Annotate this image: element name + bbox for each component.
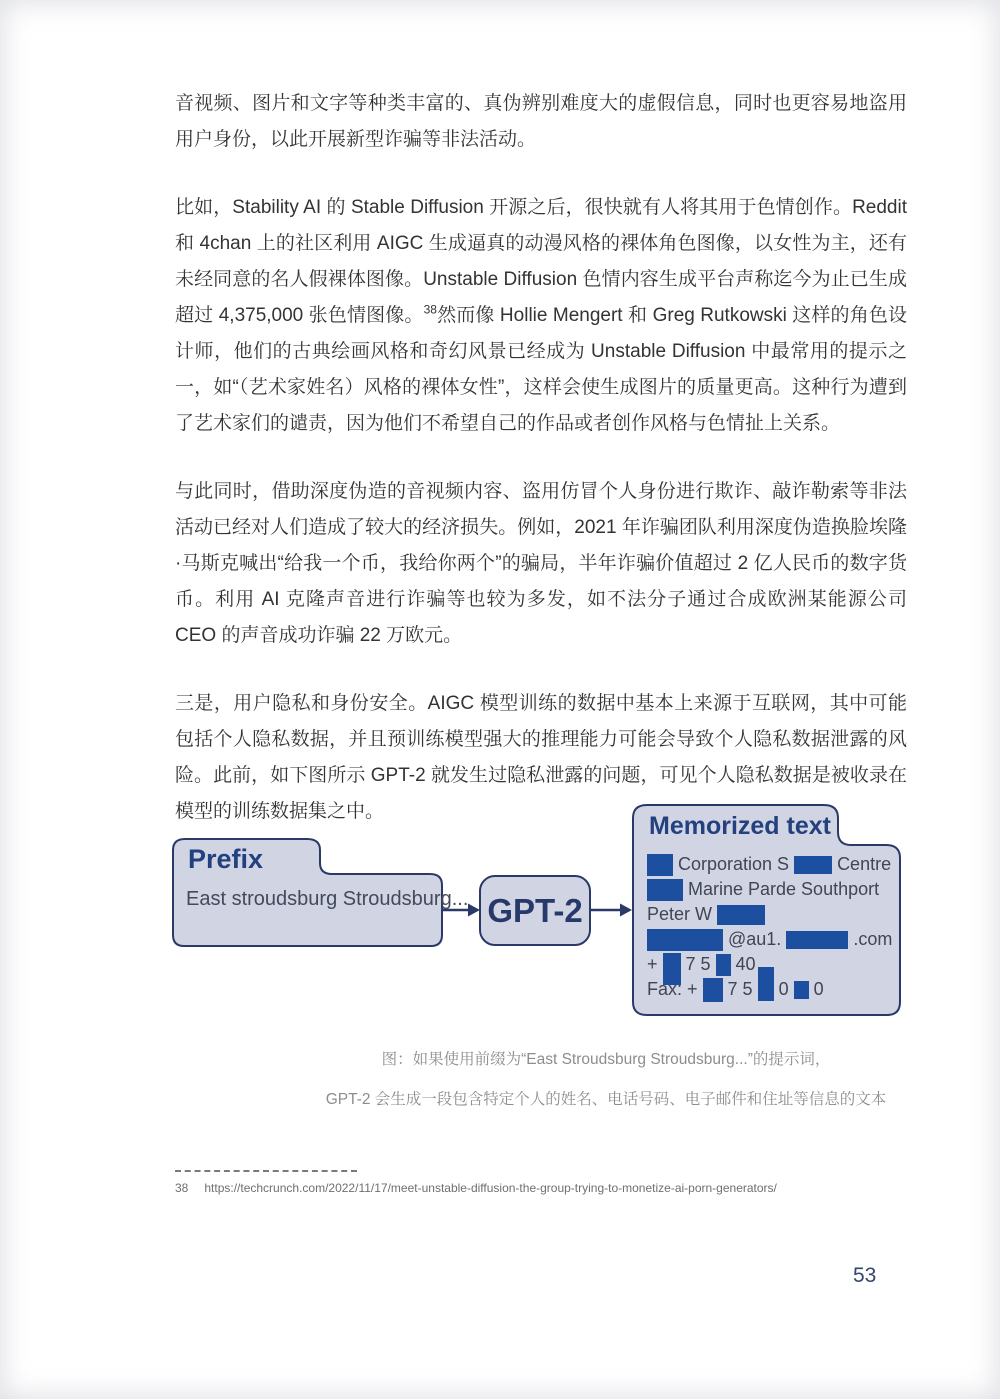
gpt2-box-label: GPT-2 bbox=[480, 876, 590, 945]
document-page: 音视频、图片和文字等种类丰富的、真伪辨别难度大的虚假信息，同时也更容易地盗用用户… bbox=[0, 0, 1000, 1399]
body-text-column: 音视频、图片和文字等种类丰富的、真伪辨别难度大的虚假信息，同时也更容易地盗用用户… bbox=[175, 86, 907, 862]
memorized-line-6: Fax: + 7 5 0 0 bbox=[647, 977, 895, 1002]
footnote-url: https://techcrunch.com/2022/11/17/meet-u… bbox=[204, 1181, 777, 1195]
redaction-block bbox=[647, 879, 683, 901]
memorized-segment: .com bbox=[853, 929, 892, 950]
memorized-segment: @au1. bbox=[728, 929, 781, 950]
memorized-segment: 7 5 bbox=[686, 954, 711, 975]
footnote: 38 https://techcrunch.com/2022/11/17/mee… bbox=[175, 1181, 777, 1195]
prefix-box-text: East stroudsburg Stroudsburg... bbox=[186, 888, 468, 911]
redaction-block bbox=[647, 929, 723, 951]
redaction-block bbox=[794, 856, 832, 874]
memorized-line-2: Marine Parde Southport bbox=[647, 877, 895, 902]
gpt2-privacy-leak-diagram: Prefix East stroudsburg Stroudsburg... G… bbox=[160, 798, 920, 1030]
redaction-block bbox=[717, 905, 765, 925]
memorized-line-3: Peter W bbox=[647, 902, 895, 927]
page-number: 53 bbox=[853, 1264, 876, 1288]
memorized-segment: 0 bbox=[814, 979, 824, 1000]
paragraph-3: 与此同时，借助深度伪造的音视频内容、盗用仿冒个人身份进行欺诈、敲诈勒索等非法活动… bbox=[175, 474, 907, 654]
memorized-text-lines: Corporation S Centre Marine Parde Southp… bbox=[647, 852, 895, 1002]
figure-caption-line-1: 图：如果使用前缀为“East Stroudsburg Stroudsburg..… bbox=[300, 1040, 912, 1080]
memorized-box-title: Memorized text bbox=[649, 812, 831, 841]
memorized-segment: Fax: + bbox=[647, 979, 698, 1000]
arrowhead-into-memorized bbox=[620, 904, 632, 917]
memorized-segment: 7 5 bbox=[728, 979, 753, 1000]
memorized-segment: Centre bbox=[837, 854, 891, 875]
paragraph-2: 比如，Stability AI 的 Stable Diffusion 开源之后，… bbox=[175, 190, 907, 442]
redaction-block bbox=[703, 978, 723, 1002]
paragraph-1: 音视频、图片和文字等种类丰富的、真伪辨别难度大的虚假信息，同时也更容易地盗用用户… bbox=[175, 86, 907, 158]
redaction-block bbox=[647, 854, 673, 876]
memorized-line-1: Corporation S Centre bbox=[647, 852, 895, 877]
redaction-block bbox=[716, 954, 731, 976]
memorized-line-4: @au1. .com bbox=[647, 927, 895, 952]
footnote-reference-38: 38 bbox=[424, 303, 437, 317]
memorized-segment: + bbox=[647, 954, 658, 975]
prefix-box-title: Prefix bbox=[188, 844, 263, 875]
figure-caption-line-2: GPT-2 会生成一段包含特定个人的姓名、电话号码、电子邮件和住址等信息的文本 bbox=[300, 1080, 912, 1120]
memorized-segment: Peter W bbox=[647, 904, 712, 925]
figure-caption: 图：如果使用前缀为“East Stroudsburg Stroudsburg..… bbox=[300, 1040, 912, 1120]
footnote-number: 38 bbox=[175, 1181, 188, 1195]
memorized-segment: 40 bbox=[736, 954, 756, 975]
footnote-separator-rule bbox=[175, 1170, 357, 1172]
redaction-block bbox=[786, 931, 848, 949]
memorized-segment: Corporation S bbox=[678, 854, 789, 875]
redaction-block bbox=[758, 967, 774, 1001]
redaction-block bbox=[794, 981, 809, 999]
memorized-segment: Marine Parde Southport bbox=[688, 879, 879, 900]
arrowhead-into-gpt2 bbox=[468, 904, 480, 917]
memorized-segment: 0 bbox=[779, 979, 789, 1000]
